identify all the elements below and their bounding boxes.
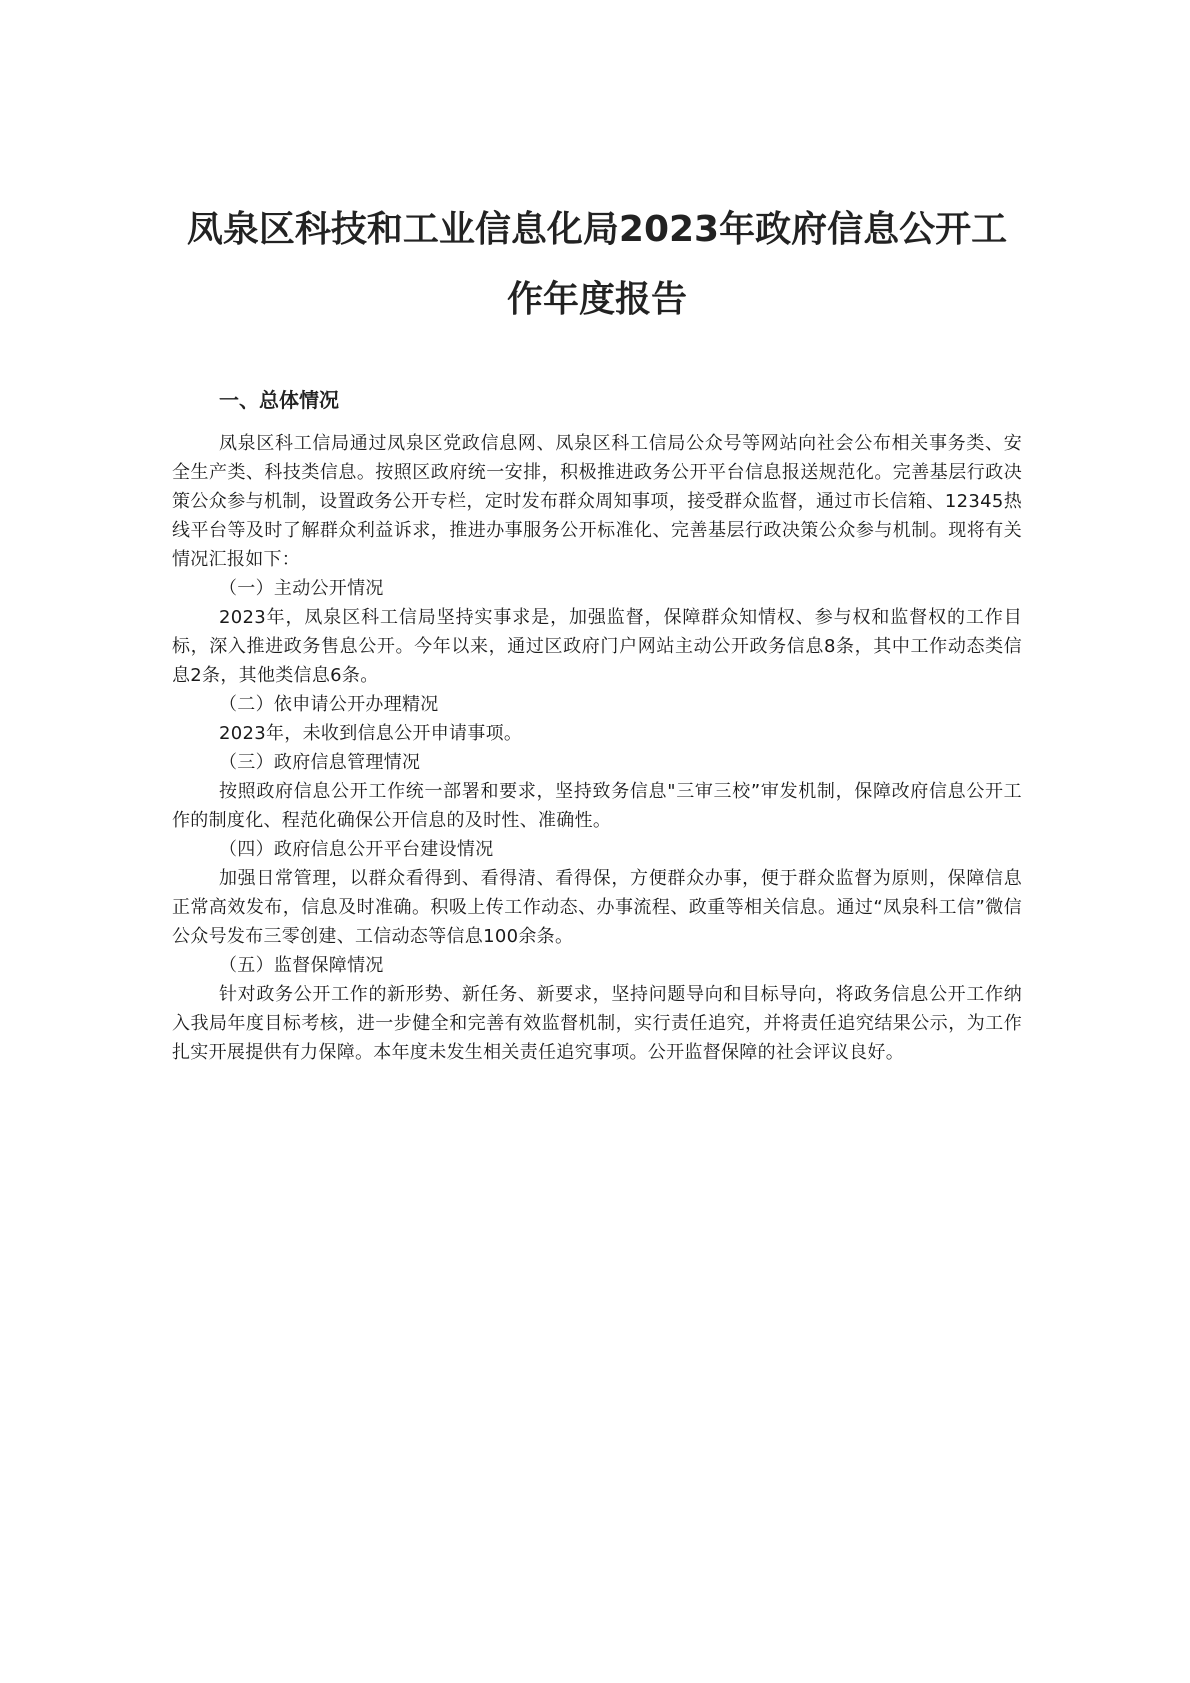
subsection-heading-platform-construction: （四）政府信息公开平台建设情况	[172, 835, 1022, 864]
document-title: 凤泉区科技和工业信息化局2023年政府信息公开工作年度报告	[172, 195, 1022, 335]
subsection-heading-info-management: （三）政府信息管理情况	[172, 748, 1022, 777]
section-heading-overview: 一、总体情况	[172, 385, 1022, 415]
subsection-heading-proactive-disclosure: （一）主动公开情况	[172, 574, 1022, 603]
subsection-body-supervision: 针对政务公开工作的新形势、新任务、新要求，坚持问题导向和目标导向，将政务信息公开…	[172, 980, 1022, 1067]
subsection-body-info-management: 按照政府信息公开工作统一部署和要求，坚持致务信息"三审三校”审发机制，保障改府信…	[172, 777, 1022, 835]
subsection-heading-request-disclosure: （二）依申请公开办理精况	[172, 690, 1022, 719]
subsection-heading-supervision: （五）监督保障情况	[172, 951, 1022, 980]
intro-paragraph: 凤泉区科工信局通过凤泉区党政信息网、凤泉区科工信局公众号等网站向社会公布相关事务…	[172, 429, 1022, 574]
document-page: 凤泉区科技和工业信息化局2023年政府信息公开工作年度报告 一、总体情况 凤泉区…	[172, 195, 1022, 1067]
subsection-body-platform-construction: 加强日常管理，以群众看得到、看得清、看得保，方便群众办事，便于群众监督为原则，保…	[172, 864, 1022, 951]
subsection-body-proactive-disclosure: 2023年，凤泉区科工信局坚持实事求是，加强监督，保障群众知情权、参与权和监督权…	[172, 603, 1022, 690]
subsection-body-request-disclosure: 2023年，未收到信息公开申请事项。	[172, 719, 1022, 748]
